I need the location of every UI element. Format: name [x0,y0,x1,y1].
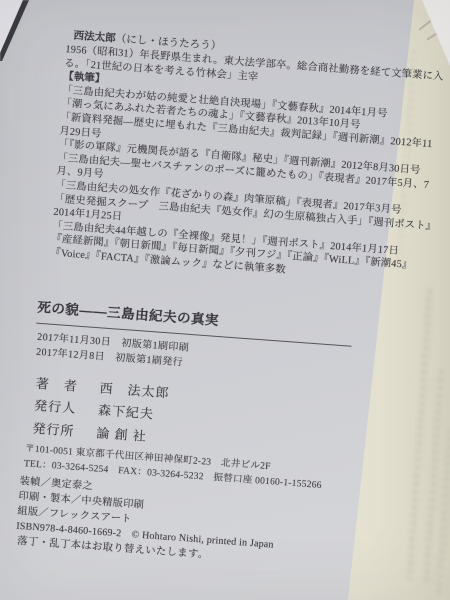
ghost-text-smudge [436,430,450,595]
author-label: 著 者 [35,372,81,398]
office-value: 論 創 社 [96,422,148,448]
book-colophon-photo: { "bio": { "name": "西法太郎", "kana": "（にし・… [0,0,450,600]
office-label: 発行所 [32,417,78,443]
author-bio: 1956（昭和31）年長野県生まれ。東大法学部卒。総合商社勤務を経て文筆業に入 … [50,43,422,286]
author-name: 西法太郎 [73,30,116,45]
issuer-label: 発行人 [33,395,79,421]
printed-page-content: 西法太郎（にし・ほうたろう） 1956（昭和31）年長野県生まれ。東大法学部卒。… [14,27,423,576]
title-block: 死の貌――三島由紀夫の真実 2017年11月30日 初版第1刷印刷 2017年1… [34,295,404,386]
